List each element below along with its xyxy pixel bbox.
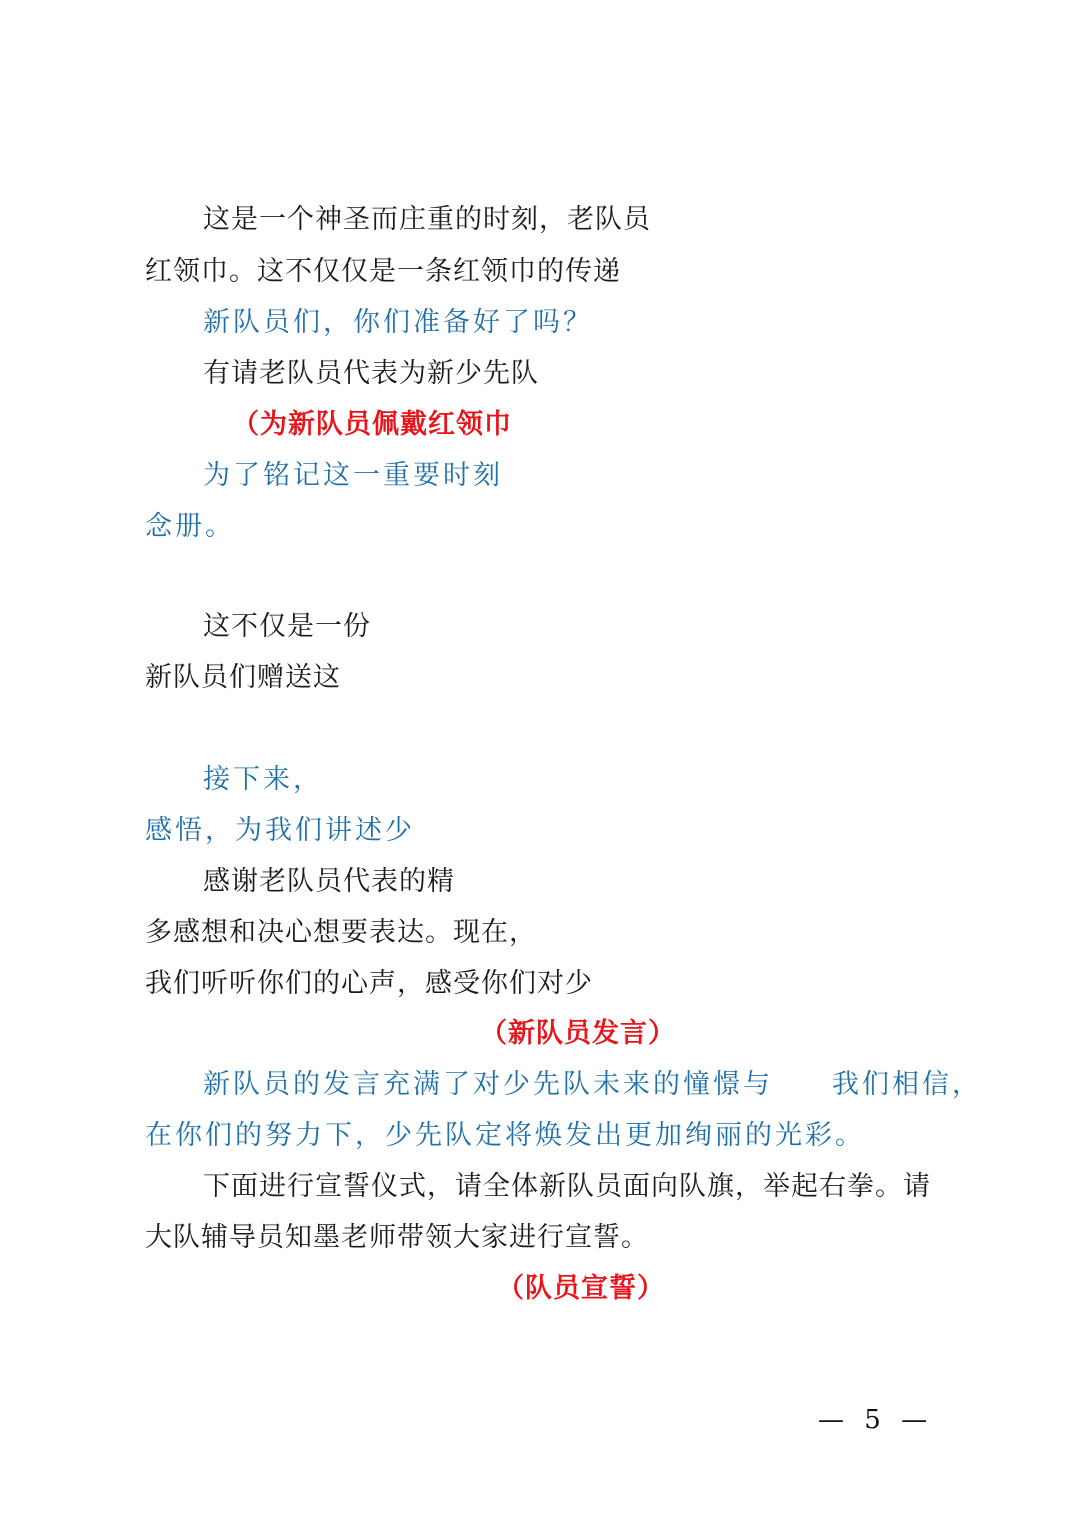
paragraph-line: 这是一个神圣而庄重的时刻，老队员 bbox=[203, 203, 651, 237]
paragraph-line: 为了铭记这一重要时刻 bbox=[203, 459, 503, 493]
stage-direction: （新队员发言） bbox=[480, 1017, 676, 1051]
paragraph-line: 红领巾。这不仅仅是一条红领巾的传递 bbox=[145, 255, 621, 289]
paragraph-line: 新队员的发言充满了对少先队未来的憧憬与 bbox=[203, 1068, 773, 1102]
paragraph-line: 多感想和决心想要表达。现在， bbox=[145, 916, 537, 950]
paragraph-line: 感谢老队员代表的精 bbox=[203, 865, 455, 899]
paragraph-line: 我们相信， bbox=[832, 1068, 982, 1102]
paragraph-line: 我们听听你们的心声，感受你们对少 bbox=[145, 967, 593, 1001]
stage-direction: （为新队员佩戴红领巾 bbox=[232, 408, 512, 442]
paragraph-line: 念册。 bbox=[145, 510, 235, 544]
paragraph-line: 有请老队员代表为新少先队 bbox=[203, 357, 539, 391]
paragraph-line: 在你们的努力下，少先队定将焕发出更加绚丽的光彩。 bbox=[145, 1119, 865, 1153]
paragraph-line: 接下来， bbox=[203, 763, 323, 797]
document-page: 这是一个神圣而庄重的时刻，老队员 红领巾。这不仅仅是一条红领巾的传递 新队员们，… bbox=[0, 0, 1080, 1527]
paragraph-line: 这不仅是一份 bbox=[203, 610, 371, 644]
paragraph-line: 感悟，为我们讲述少 bbox=[145, 814, 415, 848]
paragraph-line: 下面进行宣誓仪式，请全体新队员面向队旗，举起右拳。请 bbox=[203, 1170, 931, 1204]
stage-direction: （队员宣誓） bbox=[497, 1272, 665, 1306]
paragraph-line: 新队员们，你们准备好了吗？ bbox=[203, 306, 593, 340]
paragraph-line: 新队员们赠送这 bbox=[145, 661, 341, 695]
page-number: — 5 — bbox=[818, 1405, 933, 1435]
paragraph-line: 大队辅导员知墨老师带领大家进行宣誓。 bbox=[145, 1221, 649, 1255]
